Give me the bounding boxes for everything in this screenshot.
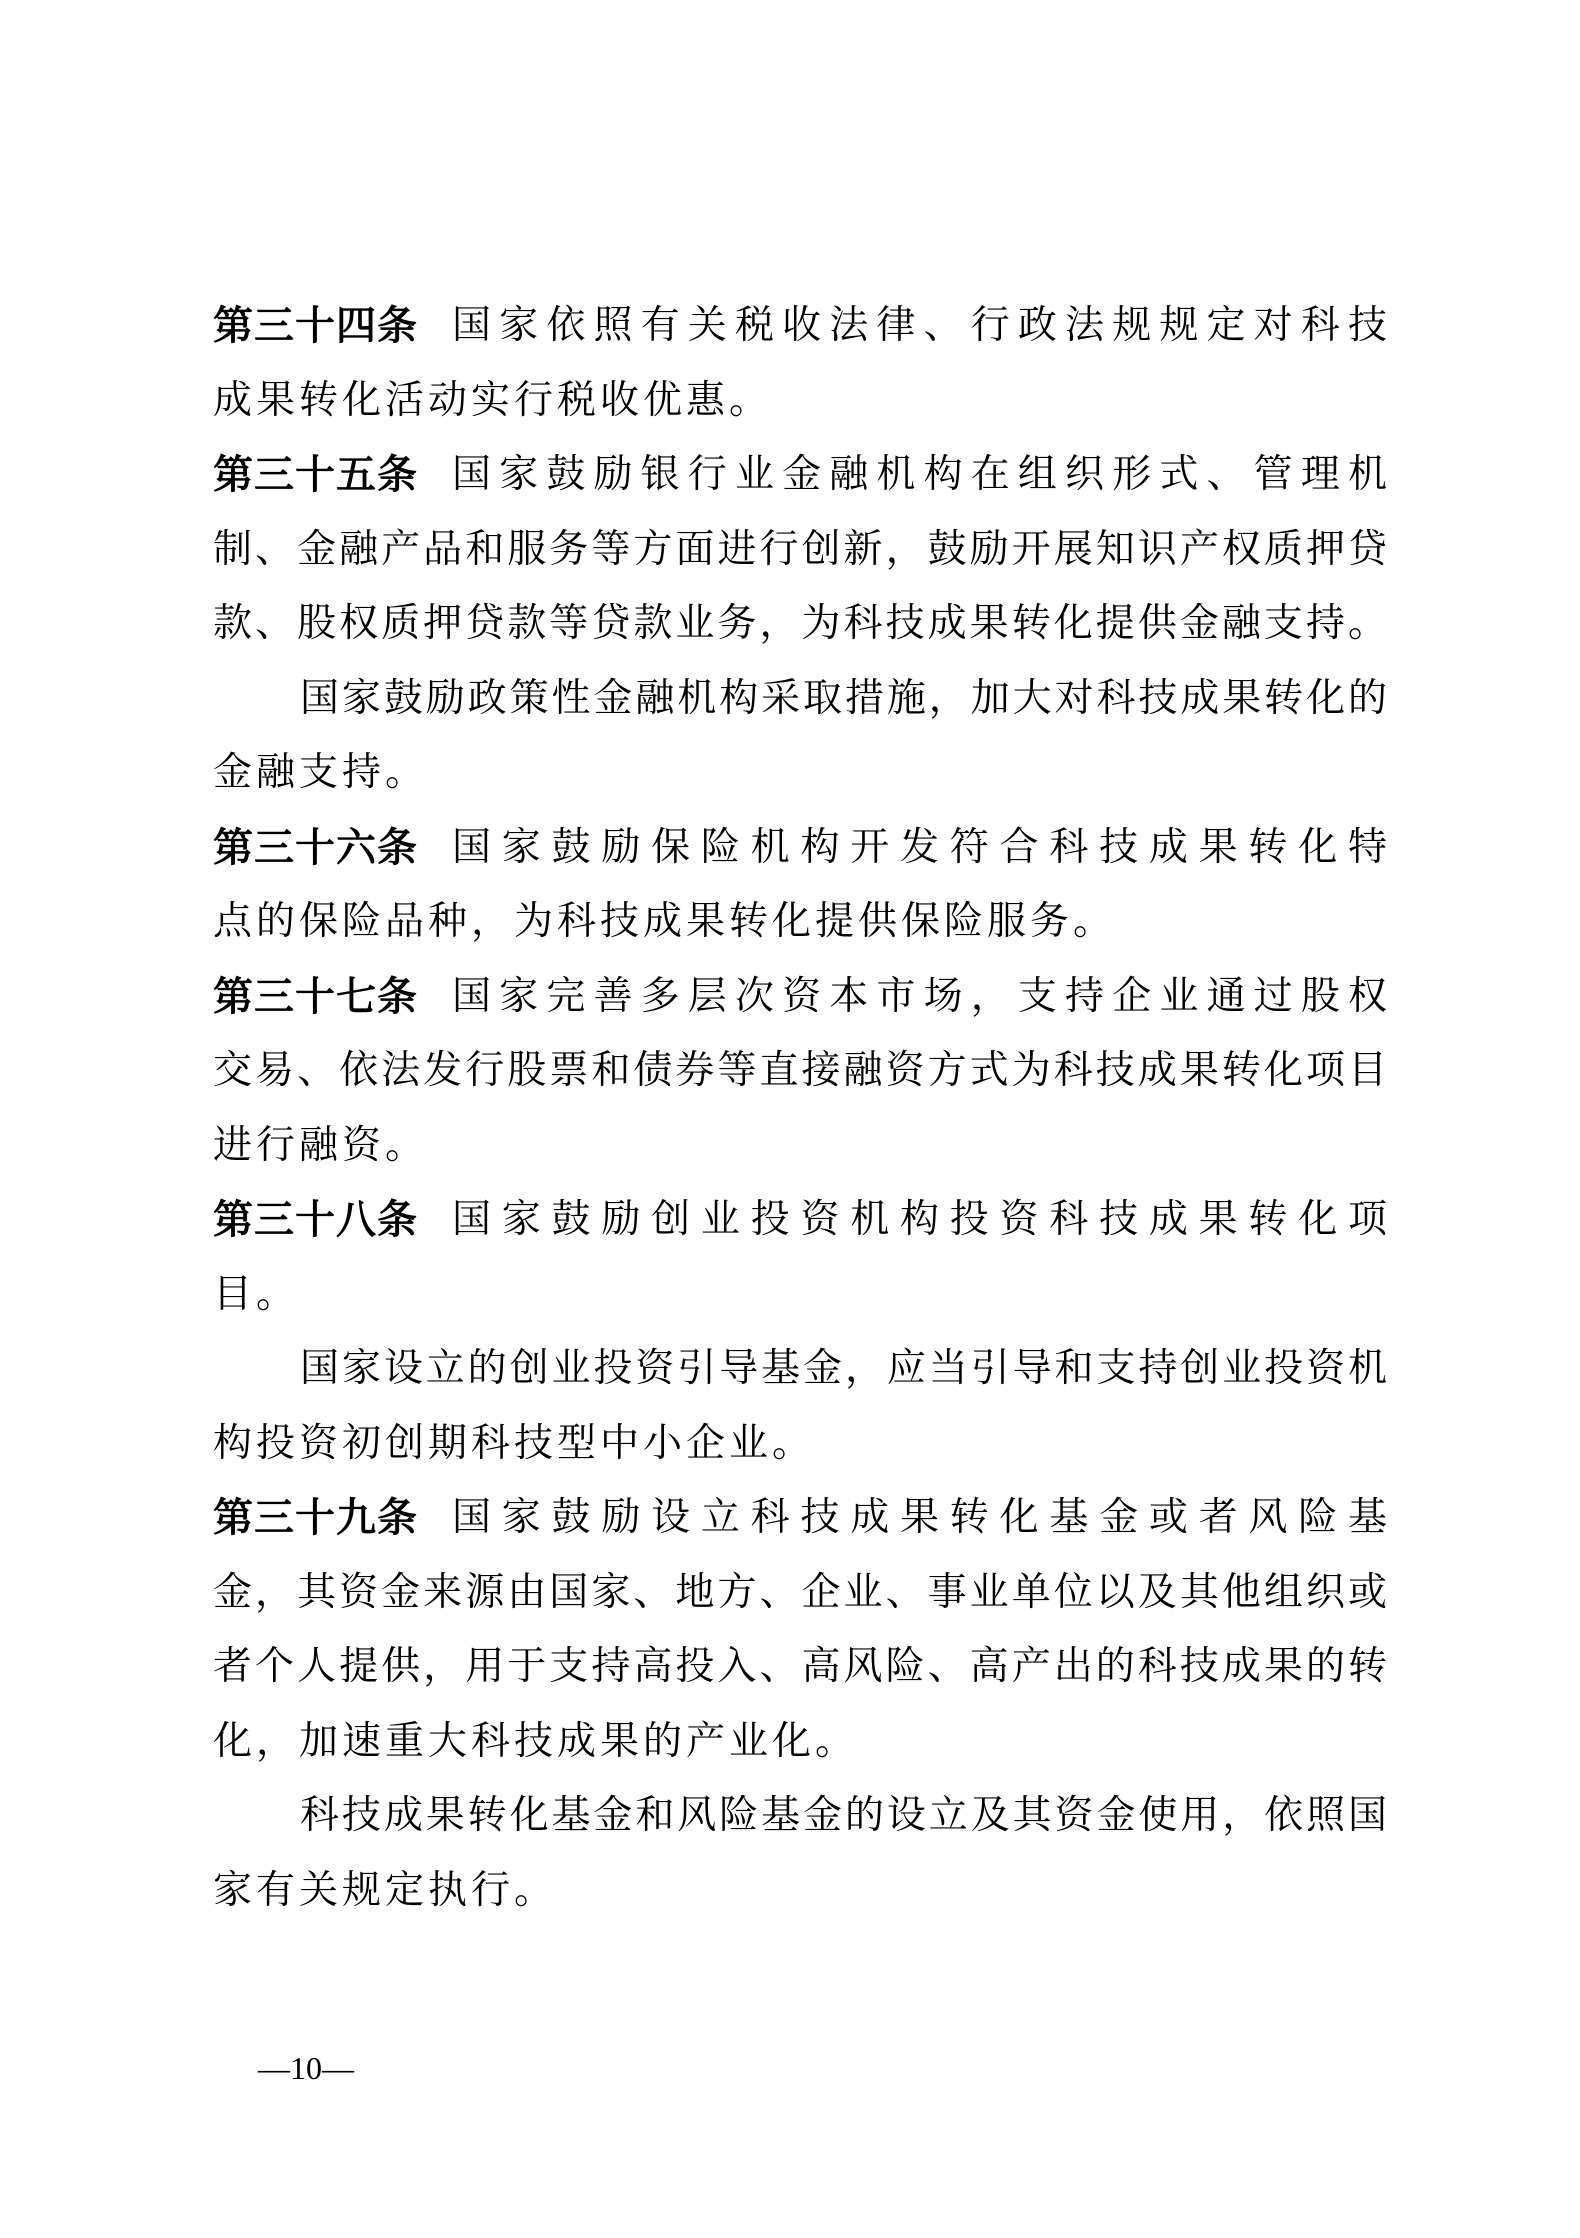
article-36-line-1: 第三十六条 国家鼓励保险机构开发符合科技成果转化特 [213,811,1387,886]
article-37-heading: 第三十七条 [213,960,418,1035]
document-page: 第三十四条 国家依照有关税收法律、行政法规规定对科技 成果转化活动实行税收优惠。… [0,0,1580,2238]
article-38-para-2-line-2: 构投资初创期科技型中小企业。 [213,1407,1387,1482]
article-37-line-2: 交易、依法发行股票和债券等直接融资方式为科技成果转化项目 [213,1034,1387,1109]
article-34-heading: 第三十四条 [213,289,418,364]
article-35-line-1: 第三十五条 国家鼓励银行业金融机构在组织形式、管理机 [213,438,1387,513]
article-38-para-2-line-1: 国家设立的创业投资引导基金，应当引导和支持创业投资机 [213,1332,1387,1407]
article-35-para-2-line-2: 金融支持。 [213,736,1387,811]
article-36-text: 国家鼓励保险机构开发符合科技成果转化特 [452,811,1387,886]
article-39-para-2-line-1: 科技成果转化基金和风险基金的设立及其资金使用，依照国 [213,1779,1387,1854]
article-34-line-2: 成果转化活动实行税收优惠。 [213,364,1387,439]
article-39-line-1: 第三十九条 国家鼓励设立科技成果转化基金或者风险基 [213,1481,1387,1556]
article-37-text: 国家完善多层次资本市场，支持企业通过股权 [452,960,1387,1035]
article-35-line-3: 款、股权质押贷款等贷款业务，为科技成果转化提供金融支持。 [213,587,1387,662]
article-38-text: 国家鼓励创业投资机构投资科技成果转化项 [452,1183,1387,1258]
page-number: —10— [250,2048,362,2088]
article-35-para-2-line-1: 国家鼓励政策性金融机构采取措施，加大对科技成果转化的 [213,662,1387,737]
article-39-para-2-line-2: 家有关规定执行。 [213,1854,1387,1929]
article-36-heading: 第三十六条 [213,811,418,886]
article-34-text: 国家依照有关税收法律、行政法规规定对科技 [452,289,1387,364]
article-39-heading: 第三十九条 [213,1481,418,1556]
article-37-line-3: 进行融资。 [213,1109,1387,1184]
article-38-line-2: 目。 [213,1258,1387,1333]
article-37-line-1: 第三十七条 国家完善多层次资本市场，支持企业通过股权 [213,960,1387,1035]
article-39-line-2: 金，其资金来源由国家、地方、企业、事业单位以及其他组织或 [213,1556,1387,1631]
article-34-line-1: 第三十四条 国家依照有关税收法律、行政法规规定对科技 [213,289,1387,364]
article-35-text: 国家鼓励银行业金融机构在组织形式、管理机 [452,438,1387,513]
article-35-heading: 第三十五条 [213,438,418,513]
article-39-line-4: 化，加速重大科技成果的产业化。 [213,1705,1387,1780]
article-38-heading: 第三十八条 [213,1183,418,1258]
article-35-line-2: 制、金融产品和服务等方面进行创新，鼓励开展知识产权质押贷 [213,513,1387,588]
article-38-line-1: 第三十八条 国家鼓励创业投资机构投资科技成果转化项 [213,1183,1387,1258]
article-36-line-2: 点的保险品种，为科技成果转化提供保险服务。 [213,885,1387,960]
document-body: 第三十四条 国家依照有关税收法律、行政法规规定对科技 成果转化活动实行税收优惠。… [213,289,1387,1928]
article-39-text: 国家鼓励设立科技成果转化基金或者风险基 [452,1481,1387,1556]
article-39-line-3: 者个人提供，用于支持高投入、高风险、高产出的科技成果的转 [213,1630,1387,1705]
